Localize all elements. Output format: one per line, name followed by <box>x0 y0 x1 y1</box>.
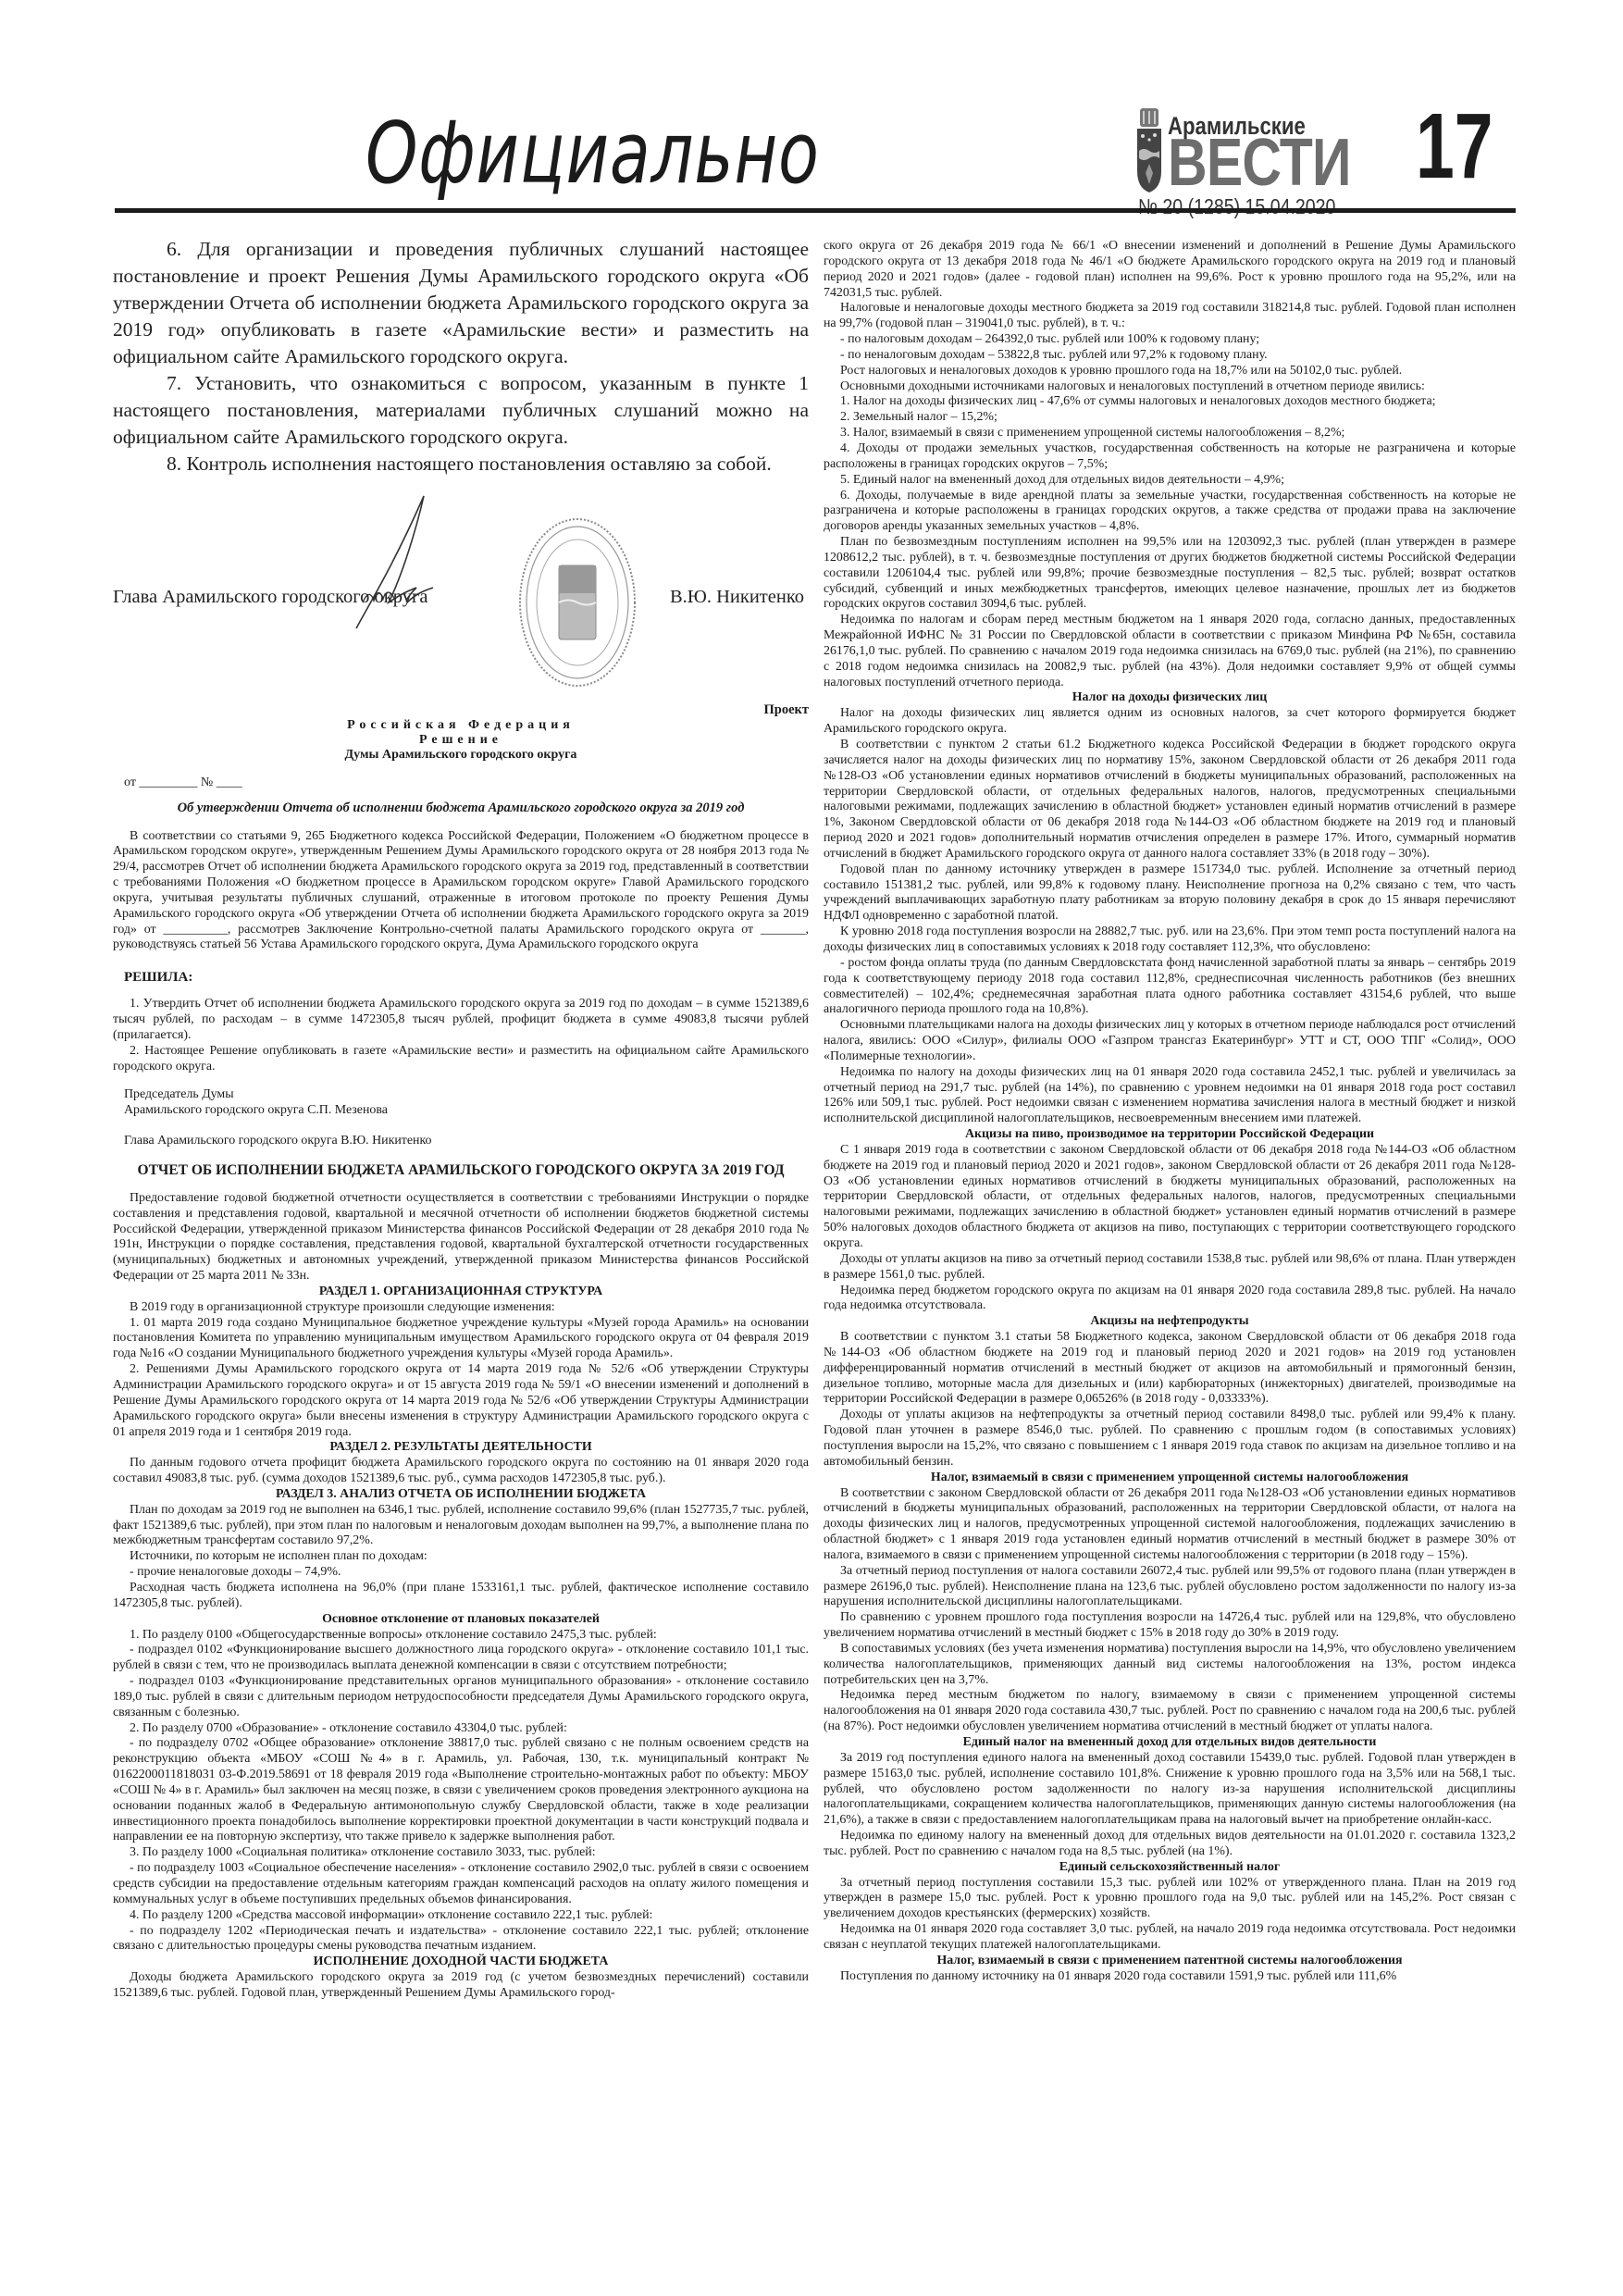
list-item: 5. Единый налог на вмененный доход для о… <box>824 473 1516 489</box>
envd-heading: Единый налог на вмененный доход для отде… <box>824 1735 1516 1751</box>
eshn-heading: Единый сельскохозяйственный налог <box>824 1860 1516 1876</box>
list-item: 3. Налог, взимаемый в связи с применение… <box>824 426 1516 441</box>
paragraph: 3. По разделу 1000 «Социальная политика»… <box>113 1845 809 1861</box>
signature-icon <box>352 491 435 635</box>
paragraph: Расходная часть бюджета исполнена на 96,… <box>113 1581 809 1612</box>
paragraph: Поступления по данному источнику на 01 я… <box>824 1969 1516 1985</box>
paragraph: План по безвозмездным поступлениям испол… <box>824 535 1516 613</box>
paragraph: Доходы бюджета Арамильского городского о… <box>113 1970 809 2002</box>
paragraph: 1. 01 марта 2019 года создано Муниципаль… <box>113 1316 809 1363</box>
scanned-resolution-excerpt: 6. Для организации и проведения публичны… <box>113 236 809 695</box>
paragraph: В соответствии с пунктом 2 статьи 61.2 Б… <box>824 738 1516 863</box>
paragraph: Доходы от уплаты акцизов на пиво за отче… <box>824 1252 1516 1284</box>
report-intro: Предоставление годовой бюджетной отчетно… <box>113 1191 809 1285</box>
paragraph: Недоимка перед местным бюджетом по налог… <box>824 1688 1516 1735</box>
section-3-heading: РАЗДЕЛ 3. АНАЛИЗ ОТЧЕТА ОБ ИСПОЛНЕНИИ БЮ… <box>113 1487 809 1503</box>
section-title: Официально <box>365 104 820 203</box>
signers: Председатель Думы Арамильского городског… <box>124 1087 809 1149</box>
header-rule <box>115 208 1516 213</box>
chair-title: Председатель Думы <box>124 1087 809 1103</box>
left-column: 6. Для организации и проведения публичны… <box>113 236 809 2002</box>
paragraph: Недоимка по налогу на доходы физических … <box>824 1065 1516 1127</box>
paragraph: - по неналоговым доходам – 53822,8 тыс. … <box>824 348 1516 364</box>
preamble: В соответствии со статьями 9, 265 Бюджет… <box>113 829 809 954</box>
paragraph: Недоимка по единому налогу на вмененный … <box>824 1829 1516 1860</box>
masthead: Официально Арамильские ВЕСТИ № 20 (1285)… <box>0 0 1623 215</box>
section-2-heading: РАЗДЕЛ 2. РЕЗУЛЬТАТЫ ДЕЯТЕЛЬНОСТИ <box>113 1440 809 1456</box>
patent-heading: Налог, взимаемый в связи с применением п… <box>824 1954 1516 1969</box>
paragraph: 2. По разделу 0700 «Образование» - откло… <box>113 1721 809 1737</box>
paragraph: Налоговые и неналоговые доходы местного … <box>824 301 1516 332</box>
page-number: 17 <box>1416 100 1493 192</box>
paragraph: Рост налоговых и неналоговых доходов к у… <box>824 364 1516 379</box>
usn-heading: Налог, взимаемый в связи с применением у… <box>824 1471 1516 1486</box>
paragraph: План по доходам за 2019 год не выполнен … <box>113 1503 809 1550</box>
paragraph: Недоимка перед бюджетом городского округ… <box>824 1284 1516 1315</box>
scan-paragraph: 6. Для организации и проведения публичны… <box>113 236 809 370</box>
revenue-heading: ИСПОЛНЕНИЕ ДОХОДНОЙ ЧАСТИ БЮДЖЕТА <box>113 1955 809 1970</box>
paragraph: 1. По разделу 0100 «Общегосударственные … <box>113 1628 809 1644</box>
paragraph: Недоимка по налогам и сборам перед местн… <box>824 613 1516 690</box>
paragraph: Источники, по которым не исполнен план п… <box>113 1549 809 1565</box>
chair-line: Арамильского городского округа С.П. Мезе… <box>124 1103 809 1119</box>
paragraph: - по налоговым доходам – 264392,0 тыс. р… <box>824 332 1516 348</box>
scan-paragraph: 7. Установить, что ознакомиться с вопрос… <box>113 370 809 451</box>
federation-heading: Российская Федерация <box>113 718 809 733</box>
paragraph: Основными плательщиками налога на доходы… <box>824 1018 1516 1065</box>
paragraph: - прочие неналоговые доходы – 74,9%. <box>113 1565 809 1581</box>
paragraph: - по подразделу 1202 «Периодическая печа… <box>113 1924 809 1955</box>
list-item: 1. Налог на доходы физических лиц - 47,6… <box>824 394 1516 410</box>
paragraph: 2. Решениями Думы Арамильского городског… <box>113 1362 809 1440</box>
right-column: ского округа от 26 декабря 2019 года № 6… <box>824 239 1516 1985</box>
deviation-heading: Основное отклонение от плановых показате… <box>113 1612 809 1628</box>
report-title: ОТЧЕТ ОБ ИСПОЛНЕНИИ БЮДЖЕТА АРАМИЛЬСКОГО… <box>113 1162 809 1178</box>
paragraph: За отчетный период поступления от налога… <box>824 1564 1516 1611</box>
newspaper-logo: Арамильские ВЕСТИ № 20 (1285) 15.04.2020 <box>1136 106 1368 217</box>
paragraph: Годовой план по данному источнику утверж… <box>824 863 1516 925</box>
paragraph: За отчетный период поступления составили… <box>824 1876 1516 1923</box>
issue-info: № 20 (1285) 15.04.2020 <box>1138 194 1335 219</box>
paragraph: 4. По разделу 1200 «Средства массовой ин… <box>113 1908 809 1924</box>
paragraph: К уровню 2018 года поступления возросли … <box>824 925 1516 956</box>
list-item: 6. Доходы, получаемые в виде арендной пл… <box>824 489 1516 536</box>
paragraph: В сопоставимых условиях (без учета измен… <box>824 1642 1516 1689</box>
signature-block: Глава Арамильского городского округа В.Ю… <box>113 478 809 695</box>
paragraph: - подраздел 0103 «Функционирование предс… <box>113 1674 809 1721</box>
paragraph: ского округа от 26 декабря 2019 года № 6… <box>824 239 1516 301</box>
list-item: 2. Земельный налог – 15,2%; <box>824 410 1516 426</box>
paragraph: Доходы от уплаты акцизов на нефтепродукт… <box>824 1408 1516 1470</box>
decision-heading: Решение <box>113 733 809 748</box>
fuel-excise-heading: Акцизы на нефтепродукты <box>824 1314 1516 1330</box>
paragraph: В соответствии с законом Свердловской об… <box>824 1486 1516 1564</box>
paragraph: Основными доходными источниками налоговы… <box>824 379 1516 395</box>
list-item: 4. Доходы от продажи земельных участков,… <box>824 441 1516 473</box>
paragraph: Недоимка на 01 января 2020 года составля… <box>824 1922 1516 1954</box>
paragraph: За 2019 год поступления единого налога н… <box>824 1751 1516 1829</box>
paragraph: По данным годового отчета профицит бюдже… <box>113 1456 809 1487</box>
paragraph: - ростом фонда оплаты труда (по данным С… <box>824 956 1516 1018</box>
decision-item: 1. Утвердить Отчет об исполнении бюджета… <box>113 997 809 1044</box>
beer-excise-heading: Акцизы на пиво, производимое на территор… <box>824 1127 1516 1143</box>
duma-heading: Думы Арамильского городского округа <box>113 748 809 763</box>
paragraph: - по подразделу 1003 «Социальное обеспеч… <box>113 1861 809 1908</box>
decision-subject: Об утверждении Отчета об исполнении бюдж… <box>113 800 809 816</box>
scan-paragraph: 8. Контроль исполнения настоящего постан… <box>113 451 809 478</box>
section-1-heading: РАЗДЕЛ 1. ОРГАНИЗАЦИОННАЯ СТРУКТУРА <box>113 1285 809 1300</box>
resolved-heading: РЕШИЛА: <box>124 970 809 986</box>
paragraph: Налог на доходы физических лиц является … <box>824 706 1516 738</box>
date-number-line: от _________ № ____ <box>124 776 809 791</box>
signer-name: В.Ю. Никитенко <box>670 584 804 611</box>
paragraph: - по подразделу 0702 «Общее образование»… <box>113 1736 809 1845</box>
paragraph: В соответствии с пунктом 3.1 статьи 58 Б… <box>824 1330 1516 1408</box>
paragraph: - подраздел 0102 «Функционирование высше… <box>113 1643 809 1674</box>
coat-of-arms-icon <box>1136 106 1162 194</box>
paragraph: С 1 января 2019 года в соответствии с за… <box>824 1143 1516 1252</box>
paragraph: В 2019 году в организационной структуре … <box>113 1300 809 1316</box>
paragraph: По сравнению с уровнем прошлого года пос… <box>824 1610 1516 1642</box>
ndfl-heading: Налог на доходы физических лиц <box>824 690 1516 706</box>
brand-name-main: ВЕСТИ <box>1168 130 1351 196</box>
head-line: Глава Арамильского городского округа В.Ю… <box>124 1134 809 1149</box>
project-label: Проект <box>113 702 809 718</box>
decision-item: 2. Настоящее Решение опубликовать в газе… <box>113 1044 809 1075</box>
seal-stamp-icon <box>517 515 638 690</box>
